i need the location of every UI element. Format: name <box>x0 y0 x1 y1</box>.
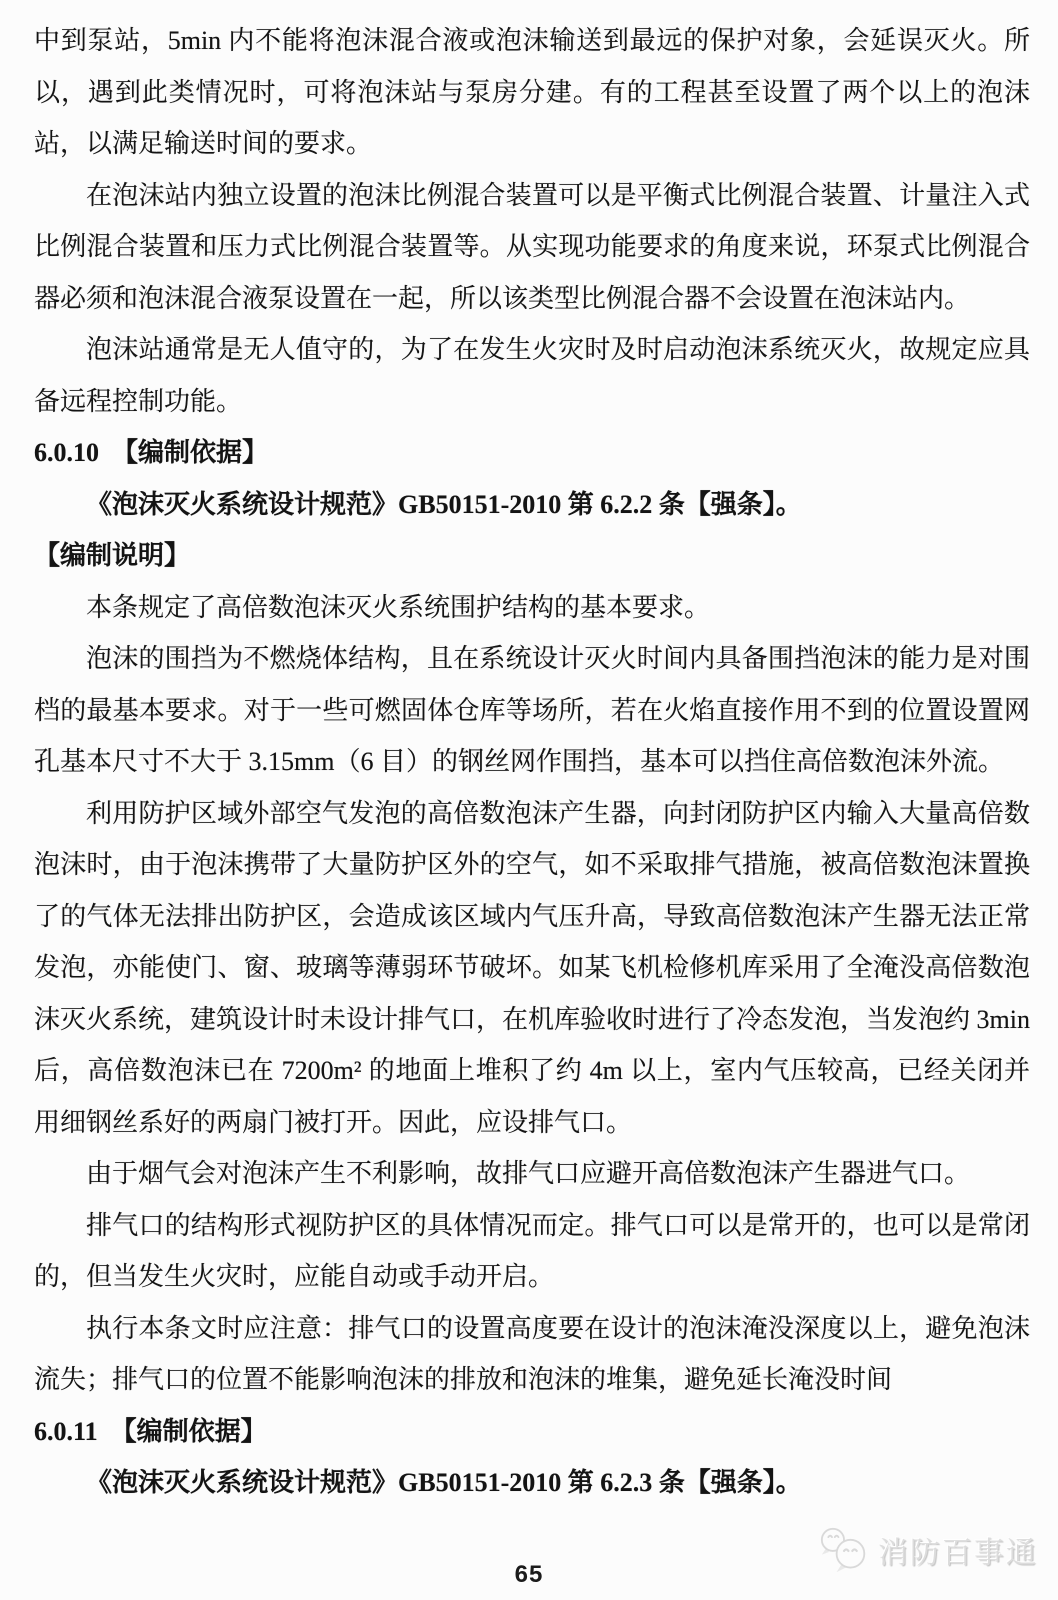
body-paragraph: 执行本条文时应注意：排气口的设置高度要在设计的泡沫淹没深度以上，避免泡沫流失；排… <box>34 1303 1030 1406</box>
page-number: 65 <box>0 1561 1058 1589</box>
body-paragraph: 利用防护区域外部空气发泡的高倍数泡沫产生器，向封闭防护区内输入大量高倍数泡沫时，… <box>34 788 1030 1149</box>
section-heading-label: 【编制说明】 <box>34 541 190 570</box>
citation-gb50151-6-2-2: 《泡沫灭火系统设计规范》GB50151-2010 第 6.2.2 条【强条】。 <box>34 479 1030 531</box>
document-body: 中到泵站，5min 内不能将泡沫混合液或泡沫输送到最远的保护对象，会延误灭火。所… <box>34 15 1030 1509</box>
body-paragraph: 由于烟气会对泡沫产生不利影响，故排气口应避开高倍数泡沫产生器进气口。 <box>34 1148 1030 1200</box>
section-heading-6-0-10: 6.0.10【编制依据】 <box>34 427 1030 479</box>
section-number: 6.0.10 <box>34 438 99 467</box>
body-paragraph: 本条规定了高倍数泡沫灭火系统围护结构的基本要求。 <box>34 582 1030 634</box>
section-number: 6.0.11 <box>34 1417 98 1446</box>
body-paragraph: 泡沫的围挡为不燃烧体结构，且在系统设计灭火时间内具备围挡泡沫的能力是对围档的最基… <box>34 633 1030 788</box>
body-paragraph: 排气口的结构形式视防护区的具体情况而定。排气口可以是常开的，也可以是常闭的，但当… <box>34 1200 1030 1303</box>
section-heading-6-0-11: 6.0.11【编制依据】 <box>34 1406 1030 1458</box>
editorial-note-heading: 【编制说明】 <box>34 530 1030 582</box>
section-heading-label: 【编制依据】 <box>112 438 268 467</box>
body-paragraph: 中到泵站，5min 内不能将泡沫混合液或泡沫输送到最远的保护对象，会延误灭火。所… <box>34 15 1030 170</box>
body-paragraph: 泡沫站通常是无人值守的，为了在发生火灾时及时启动泡沫系统灭火，故规定应具备远程控… <box>34 324 1030 427</box>
section-heading-label: 【编制依据】 <box>111 1417 267 1446</box>
document-page: 中到泵站，5min 内不能将泡沫混合液或泡沫输送到最远的保护对象，会延误灭火。所… <box>0 0 1058 1600</box>
citation-gb50151-6-2-3: 《泡沫灭火系统设计规范》GB50151-2010 第 6.2.3 条【强条】。 <box>34 1457 1030 1509</box>
body-paragraph: 在泡沫站内独立设置的泡沫比例混合装置可以是平衡式比例混合装置、计量注入式比例混合… <box>34 170 1030 325</box>
